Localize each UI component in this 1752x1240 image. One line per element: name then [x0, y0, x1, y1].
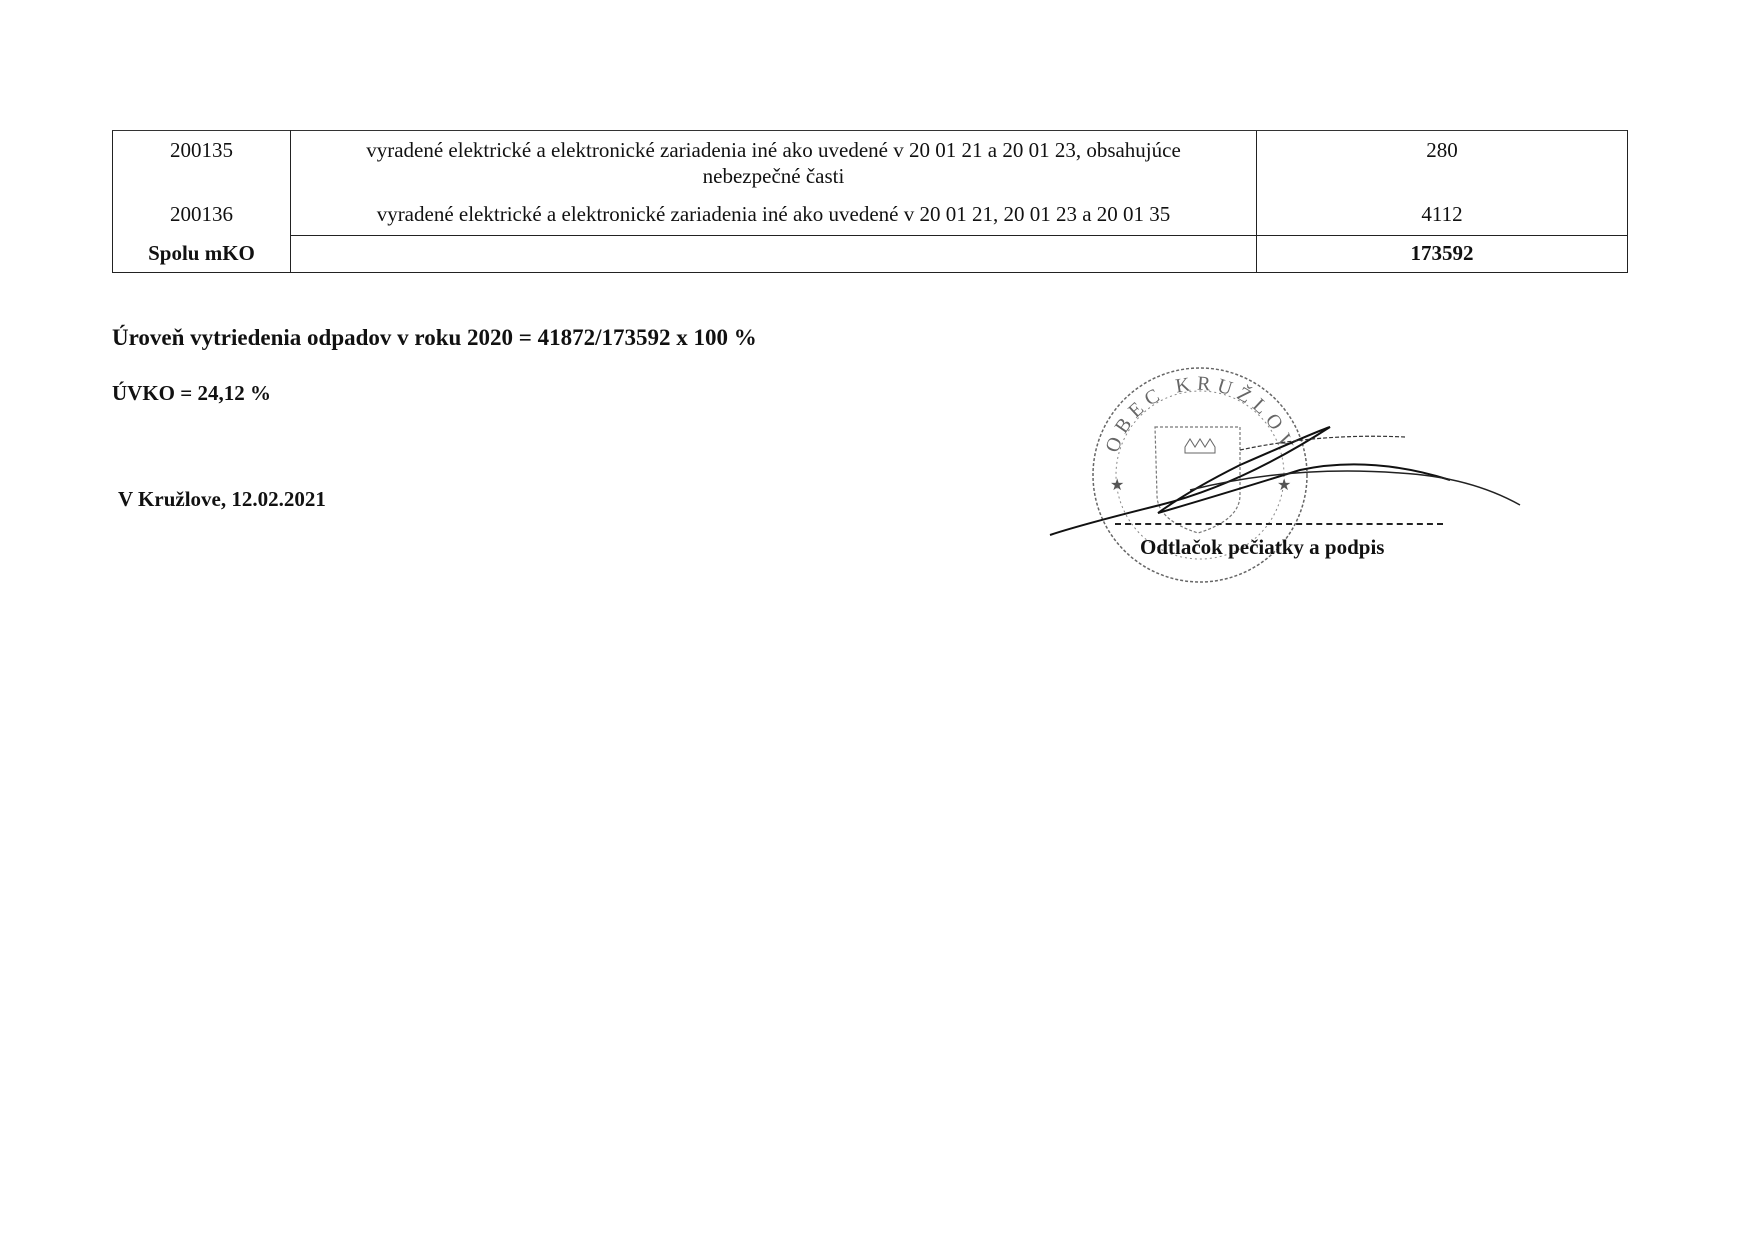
- document-page: 200135 vyradené elektrické a elektronick…: [0, 0, 1752, 1240]
- total-row: Spolu mKO 173592: [113, 236, 1628, 273]
- star-icon: ★: [1110, 477, 1124, 494]
- total-label: Spolu mKO: [113, 236, 291, 273]
- signature-line: [1115, 523, 1443, 525]
- waste-amount: 4112: [1257, 199, 1628, 236]
- table-row: 200136 vyradené elektrické a elektronick…: [113, 199, 1628, 236]
- table-row: 200135 vyradené elektrické a elektronick…: [113, 131, 1628, 200]
- waste-code: 200135: [113, 131, 291, 200]
- waste-name: vyradené elektrické a elektronické zaria…: [291, 131, 1257, 200]
- star-icon: ★: [1277, 477, 1291, 494]
- uvko-result: ÚVKO = 24,12 %: [112, 381, 271, 406]
- stamp-signature-label: Odtlačok pečiatky a podpis: [1140, 535, 1384, 560]
- total-empty: [291, 236, 1257, 273]
- total-value: 173592: [1257, 236, 1628, 273]
- waste-code: 200136: [113, 199, 291, 236]
- signature-area: ★ ★ OBEC KRUŽLOV Odtlačok pečiatky a pod…: [1040, 355, 1540, 595]
- place-date: V Kružlove, 12.02.2021: [118, 487, 326, 512]
- waste-amount: 280: [1257, 131, 1628, 200]
- sorting-level-formula: Úroveň vytriedenia odpadov v roku 2020 =…: [112, 325, 757, 351]
- waste-table: 200135 vyradené elektrické a elektronick…: [112, 130, 1628, 273]
- waste-name: vyradené elektrické a elektronické zaria…: [291, 199, 1257, 236]
